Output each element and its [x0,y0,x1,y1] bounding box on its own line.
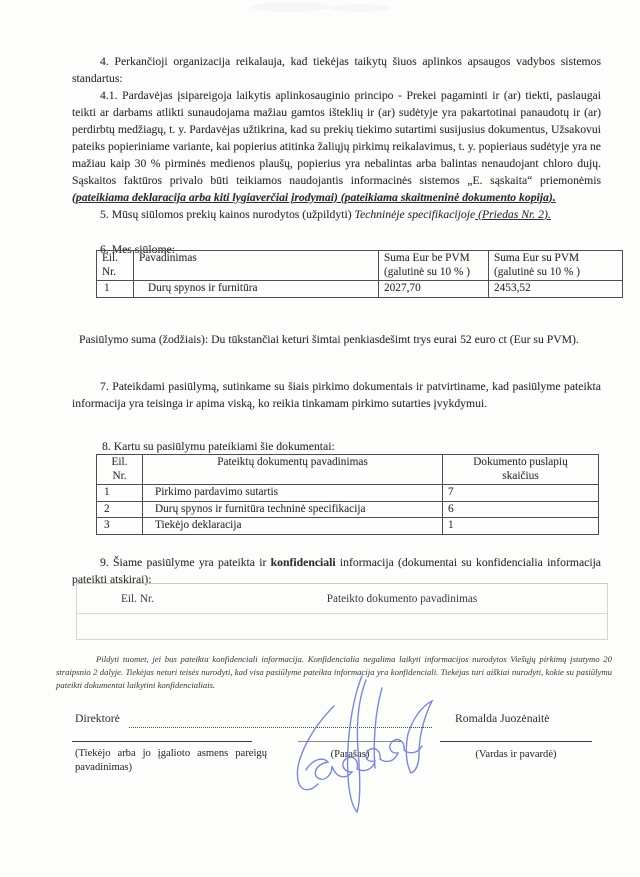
title-underline [72,741,252,742]
paragraph-7: 7. Pateikdami pasiūlymą, sutinkame su ši… [72,378,601,412]
signatory-name: Romalda Juozėnaitė [455,712,549,725]
paragraph-4-1-text: 4.1. Pardavėjas įsipareigoja laikytis ap… [72,89,601,187]
paragraph-5-underlined: (Priedas Nr. 2). [475,208,551,221]
documents-header-name: Pateiktų dokumentų pavadinimas [143,455,443,485]
offer-header-eil-nr: Eil. Nr. [97,251,134,281]
doc-row-2-nr: 2 [97,501,143,518]
confidential-table: Eil. Nr. Pateikto dokumento pavadinimas [76,583,608,640]
paragraph-5-italic: Techninėje specifikacijoje [355,208,476,221]
paragraph-8: 8. Kartu su pasiūlymu pateikiami šie dok… [72,438,601,455]
paragraph-4-1-underlined: (pateikiama deklaracija arba kiti lygiav… [72,191,556,204]
name-underline [440,741,592,742]
documents-header-eil-nr: Eil. Nr. [97,455,143,485]
paragraph-5: 5. Mūsų siūlomos prekių kainos nurodytos… [72,206,601,223]
documents-header-pages: Dokumento puslapių skaičius [443,455,599,485]
doc-row-3-pages: 1 [443,518,599,535]
signatory-title: Direktorė [75,712,120,725]
offer-header-sum-vat: Suma Eur su PVM (galutinė su 10 % ) [489,251,623,281]
offer-row-nr: 1 [97,281,134,298]
footnote: Pildyti tuomet, jei bus pateikta konfide… [56,653,612,692]
signature-underline [298,741,402,742]
documents-table-header-row: Eil. Nr. Pateiktų dokumentų pavadinimas … [97,455,599,485]
offer-table: Eil. Nr. Pavadinimas Suma Eur be PVM (ga… [96,250,623,298]
offer-row-sum-no-vat: 2027,70 [379,281,489,298]
confidential-table-header-row: Eil. Nr. Pateikto dokumento pavadinimas [77,584,607,614]
offer-header-pavadinimas: Pavadinimas [134,251,379,281]
confidential-header-eil-nr: Eil. Nr. [77,593,197,605]
offer-row-sum-vat: 2453,52 [489,281,623,298]
paragraph-4-text: 4. Perkančioji organizacija reikalauja, … [72,55,601,85]
sum-in-words: Pasiūlymo suma (žodžiais): Du tūkstančia… [72,331,601,348]
doc-row-1-pages: 7 [443,485,599,502]
doc-row-1-nr: 1 [97,485,143,502]
scan-smudge [330,4,390,12]
doc-row-3-name: Tiekėjo deklaracija [143,518,443,535]
doc-row-2-name: Durų spynos ir furnitūra techninė specif… [143,501,443,518]
paragraph-9-text: 9. Šiame pasiūlyme yra pateikta ir [100,556,271,569]
label-title-caption: (Tiekėjo arba jo įgalioto asmens pareigų… [75,747,267,775]
documents-table-row-2: 2 Durų spynos ir furnitūra techninė spec… [97,501,599,518]
paragraph-4: 4. Perkančioji organizacija reikalauja, … [72,53,601,87]
label-name-caption: (Vardas ir pavardė) [440,748,592,762]
offer-table-row: 1 Durų spynos ir furnitūra 2027,70 2453,… [97,281,623,298]
documents-table-row-3: 3 Tiekėjo deklaracija 1 [97,518,599,535]
sum-in-words-text: Pasiūlymo suma (žodžiais): Du tūkstančia… [79,333,579,346]
doc-row-3-nr: 3 [97,518,143,535]
doc-row-2-pages: 6 [443,501,599,518]
doc-row-1-name: Pirkimo pardavimo sutartis [143,485,443,502]
paragraph-9-bold: konfidenciali [271,556,336,569]
documents-table: Eil. Nr. Pateiktų dokumentų pavadinimas … [96,454,599,535]
signature-stroke-tall [348,676,366,812]
paragraph-8-text: 8. Kartu su pasiūlymu pateikiami šie dok… [102,440,335,453]
signature-dotted-line [129,712,432,728]
label-signature-caption: (Parašas) [300,748,400,762]
paragraph-5-text: 5. Mūsų siūlomos prekių kainos nurodytos… [100,208,355,221]
paragraph-7-text: 7. Pateikdami pasiūlymą, sutinkame su ši… [72,380,601,410]
offer-table-header-row: Eil. Nr. Pavadinimas Suma Eur be PVM (ga… [97,251,623,281]
footnote-text: Pildyti tuomet, jei bus pateikta konfide… [56,654,612,690]
scan-smudge [250,2,330,12]
confidential-header-name: Pateikto dokumento pavadinimas [197,593,607,605]
paragraph-4-1: 4.1. Pardavėjas įsipareigoja laikytis ap… [72,87,601,206]
offer-header-sum-no-vat: Suma Eur be PVM (galutinė su 10 % ) [379,251,489,281]
scanned-offer-document-page: 4. Perkančioji organizacija reikalauja, … [0,0,640,877]
documents-table-row-1: 1 Pirkimo pardavimo sutartis 7 [97,485,599,502]
offer-row-name: Durų spynos ir furnitūra [134,281,379,298]
